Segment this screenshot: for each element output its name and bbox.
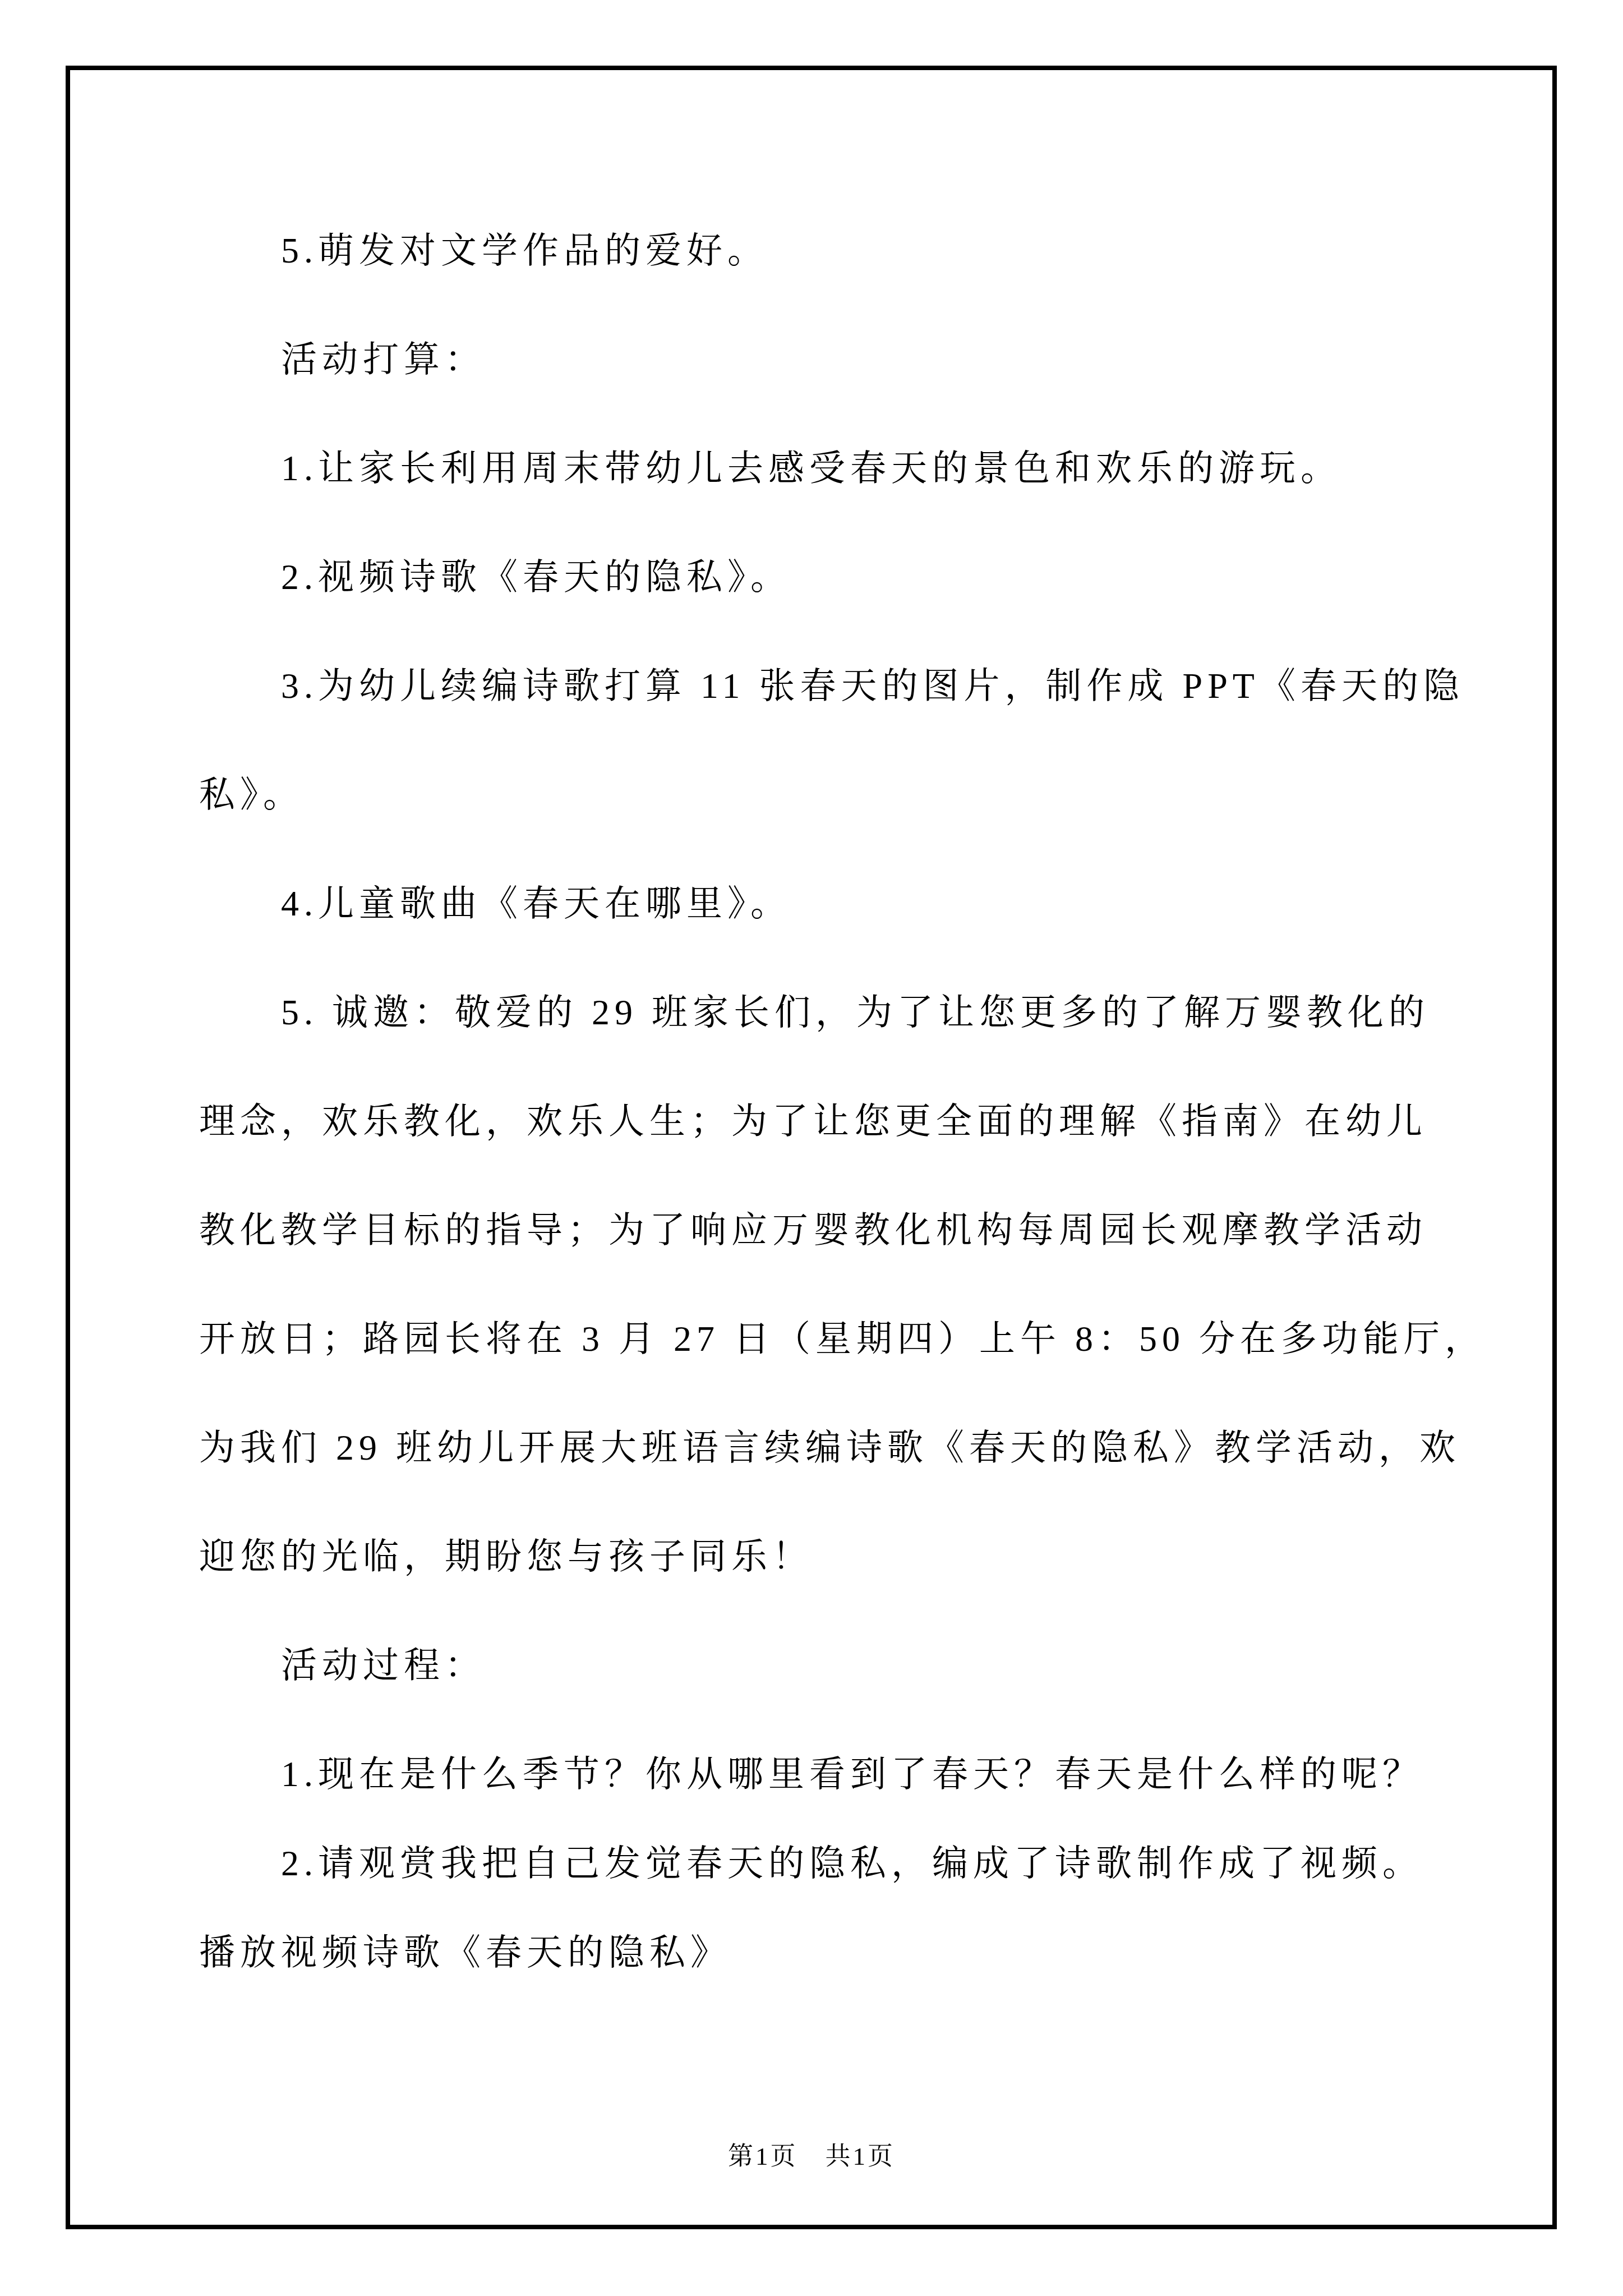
text-line: 私》。 xyxy=(199,777,304,813)
text-line: 开放日；路园长将在 3 月 27 日（星期四）上午 8：50 分在多功能厅， xyxy=(199,1321,1486,1357)
text-line: 5.萌发对文学作品的爱好。 xyxy=(281,233,768,269)
text-line: 1.让家长利用周末带幼儿去感受春天的景色和欢乐的游玩。 xyxy=(281,450,1341,486)
document-body: 5.萌发对文学作品的爱好。 活动打算： 1.让家长利用周末带幼儿去感受春天的景色… xyxy=(199,233,1433,2028)
text-line: 活动过程： xyxy=(281,1648,486,1683)
text-line: 3.为幼儿续编诗歌打算 11 张春天的图片，制作成 PPT《春天的隐 xyxy=(281,668,1464,704)
text-line: 5. 诚邀：敬爱的 29 班家长们，为了让您更多的了解万婴教化的 xyxy=(281,995,1430,1030)
text-line: 教化教学目标的指导；为了响应万婴教化机构每周园长观摩教学活动 xyxy=(199,1212,1427,1248)
text-line: 为我们 29 班幼儿开展大班语言续编诗歌《春天的隐私》教学活动，欢 xyxy=(199,1430,1460,1466)
text-line: 2.请观赏我把自己发觉春天的隐私，编成了诗歌制作成了视频。 xyxy=(281,1846,1423,1881)
text-line: 2.视频诗歌《春天的隐私》。 xyxy=(281,559,791,595)
text-line: 1.现在是什么季节？你从哪里看到了春天？春天是什么样的呢？ xyxy=(281,1756,1423,1792)
text-line: 迎您的光临，期盼您与孩子同乐！ xyxy=(199,1539,813,1575)
text-line: 理念，欢乐教化，欢乐人生；为了让您更全面的理解《指南》在幼儿 xyxy=(199,1103,1427,1139)
text-line: 4.儿童歌曲《春天在哪里》。 xyxy=(281,886,791,922)
text-line: 播放视频诗歌《春天的隐私》 xyxy=(199,1935,731,1971)
document-page: { "page": { "background": "#ffffff", "bo… xyxy=(0,0,1623,2296)
page-number-footer: 第1页 共1页 xyxy=(0,2144,1623,2169)
text-line: 活动打算： xyxy=(281,342,486,378)
